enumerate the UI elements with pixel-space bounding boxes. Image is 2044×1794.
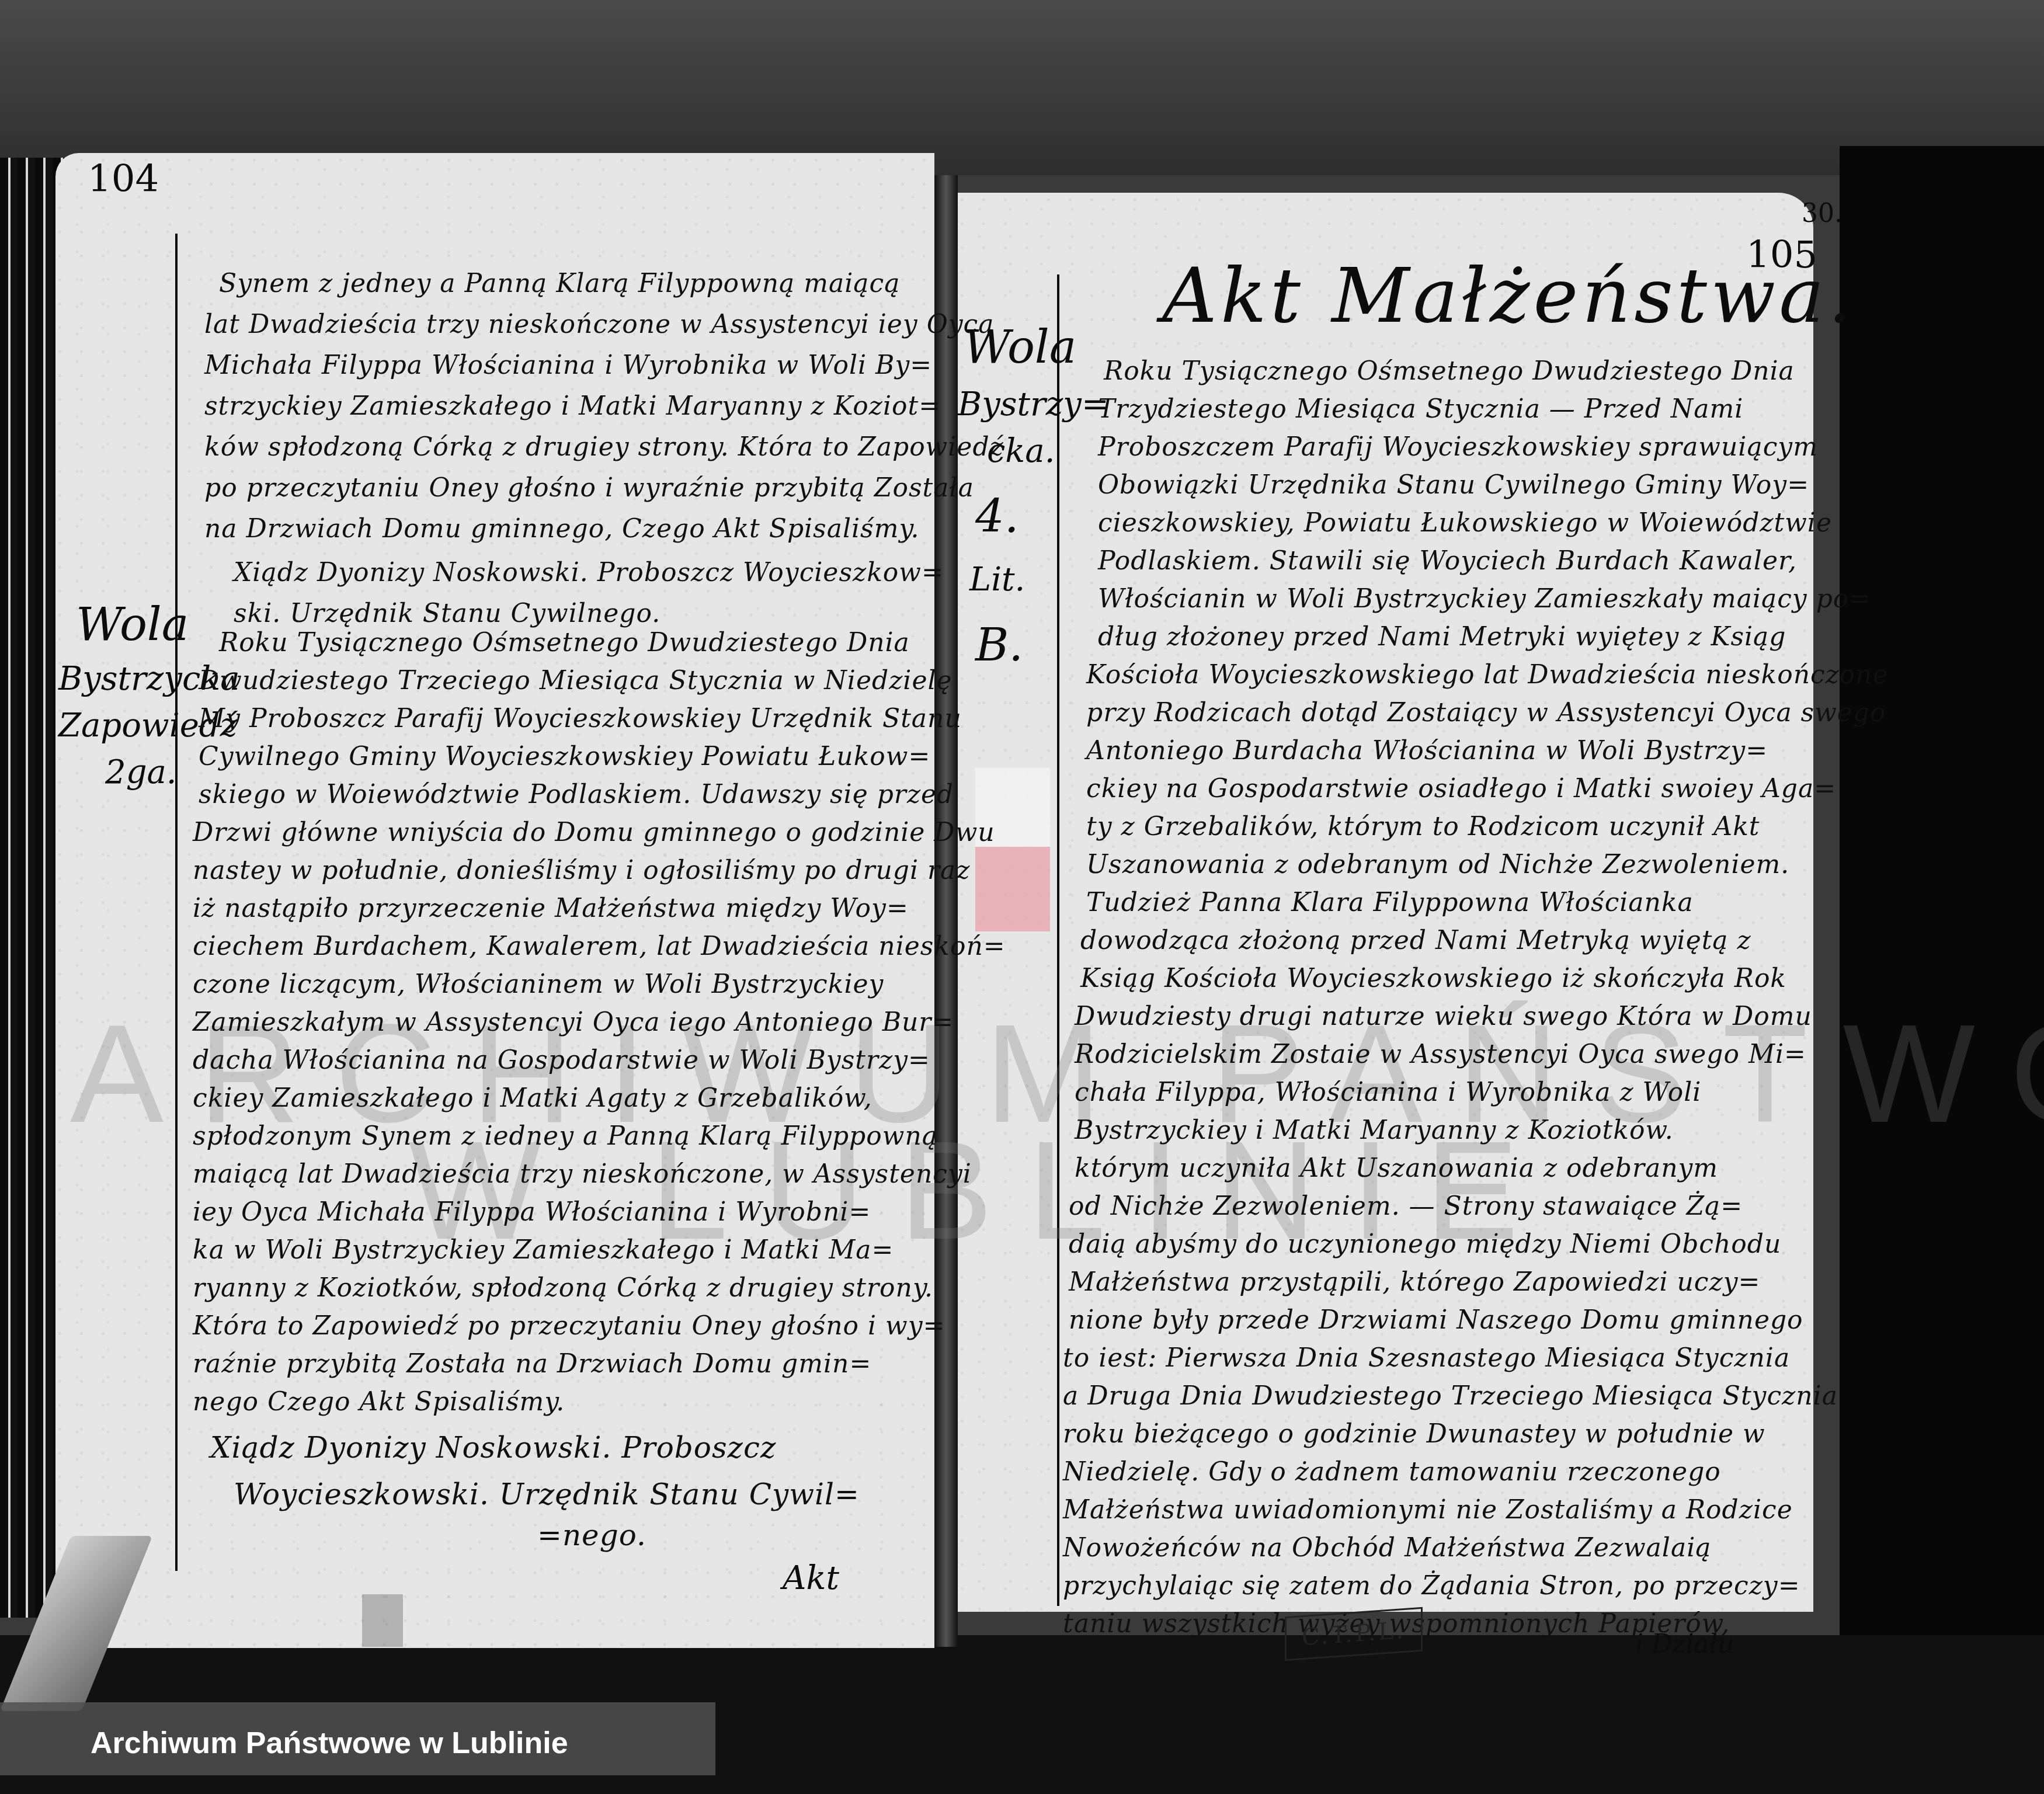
text-line: przy Rodzicach dotąd Zostaiący w Assyste… — [1086, 698, 1886, 728]
left-catchword: Akt — [783, 1559, 839, 1597]
margin-village: Wola — [964, 321, 1076, 374]
signature-line: ski. Urzędnik Stanu Cywilnego. — [234, 599, 661, 628]
text-line: Antoniego Burdacha Włościanina w Woli By… — [1086, 736, 1768, 766]
text-line: daią abyśmy do uczynionego między Niemi … — [1069, 1229, 1781, 1259]
text-line: dług złożoney przed Nami Metryki wyiętey… — [1098, 622, 1786, 652]
margin-banns-number: 2ga. — [105, 753, 177, 791]
margin-village-3: cka. — [987, 432, 1055, 470]
signature-line: Xiądz Dyonizy Noskowski. Proboszcz — [210, 1431, 776, 1465]
text-line: którym uczyniła Akt Uszanowania z odebra… — [1075, 1153, 1718, 1183]
text-line: Małżeństwa przystąpili, którego Zapowied… — [1069, 1267, 1760, 1297]
text-line: Uszanowania z odebranym od Nichże Zezwol… — [1086, 850, 1789, 879]
text-line: Włościanin w Woli Bystrzyckiey Zamieszka… — [1098, 584, 1871, 614]
text-line: Cywilnego Gminy Woycieszkowskiey Powiatu… — [199, 742, 930, 771]
text-line: Obowiązki Urzędnika Stanu Cywilnego Gmin… — [1098, 470, 1809, 500]
text-line: to iest: Pierwsza Dnia Szesnastego Miesi… — [1063, 1343, 1790, 1373]
text-line: skiego w Woiewództwie Podlaskiem. Udawsz… — [199, 780, 954, 809]
text-line: nego Czego Akt Spisaliśmy. — [193, 1387, 565, 1417]
text-line: od Nichże Zezwoleniem. — Strony stawaiąc… — [1069, 1191, 1743, 1221]
text-line: ków spłodzoną Córką z drugiey strony. Kt… — [204, 432, 1004, 462]
right-folio-top: 30. — [1802, 199, 1843, 228]
text-line: Podlaskiem. Stawili się Woyciech Burdach… — [1098, 546, 1797, 576]
text-line: iey Oyca Michała Filyppa Włościanina i W… — [193, 1197, 871, 1227]
scan-background-top — [0, 0, 2044, 175]
text-line: Małżeństwa uwiadomionymi nie Zostaliśmy … — [1063, 1495, 1793, 1525]
text-line: dacha Włościanina na Gospodarstwie w Wol… — [193, 1045, 930, 1075]
text-line: iż nastąpiło przyrzeczenie Małżeństwa mi… — [193, 893, 909, 923]
text-line: Drzwi główne wniyścia do Domu gminnego o… — [193, 818, 995, 847]
text-line: Rodzicielskim Zostaie w Assystencyi Oyca… — [1075, 1039, 1806, 1069]
text-line: ckiey na Gospodarstwie osiadłego i Matki… — [1086, 774, 1836, 804]
text-line: Ksiąg Kościoła Woycieszkowskiego iż skoń… — [1080, 964, 1786, 993]
text-line: przychylaiąc się zatem do Żądania Stron,… — [1063, 1571, 1800, 1601]
signature-line: Xiądz Dyonizy Noskowski. Proboszcz Woyci… — [234, 558, 944, 587]
text-line: maiącą lat Dwadzieścia trzy nieskończone… — [193, 1159, 972, 1189]
text-line: na Drzwiach Domu gminnego, Czego Akt Spi… — [204, 514, 919, 544]
left-folio-number: 104 — [88, 158, 159, 201]
text-line: Kościoła Woycieszkowskiego lat Dwadzieśc… — [1086, 660, 1889, 690]
margin-village-2: Bystrzy= — [958, 385, 1109, 423]
text-line: Która to Zapowiedź po przeczytaniu Oney … — [193, 1311, 945, 1341]
text-line: Niedzielę. Gdy o żadnem tamowaniu rzeczo… — [1063, 1457, 1721, 1487]
left-margin-rule — [175, 234, 178, 1571]
text-line: ty z Grzebalików, którym to Rodzicom ucz… — [1086, 812, 1760, 842]
margin-village: Wola — [76, 599, 189, 651]
archive-caption: Archiwum Państwowe w Lublinie — [91, 1726, 568, 1761]
text-line: chała Filyppa, Włościanina i Wyrobnika z… — [1075, 1077, 1701, 1107]
text-line: a Druga Dnia Dwudziestego Trzeciego Mies… — [1063, 1381, 1838, 1411]
text-line: dowodząca złożoną przed Nami Metryką wyi… — [1080, 926, 1751, 955]
calibration-flag-red — [975, 847, 1050, 931]
text-line: czone liczącym, Włościaninem w Woli Byst… — [193, 969, 884, 999]
text-line: roku bieżącego o godzinie Dwunastey w po… — [1063, 1419, 1765, 1449]
text-line: spłodzonym Synem z iedney a Panną Klarą … — [193, 1121, 938, 1151]
scan-background-right — [1840, 146, 2044, 1664]
signature-line: Woycieszkowski. Urzędnik Stanu Cywil= — [234, 1477, 860, 1511]
text-line: cieszkowskiey, Powiatu Łukowskiego w Woi… — [1098, 508, 1832, 538]
text-line: ckiey Zamieszkałego i Matki Agaty z Grze… — [193, 1083, 872, 1113]
record-title: Akt Małżeństwa. — [1162, 251, 1855, 340]
text-line: Dwudziestego Trzeciego Miesiąca Stycznia… — [199, 666, 953, 696]
text-line: My Proboszcz Parafij Woycieszkowskiey Ur… — [199, 704, 962, 733]
text-line: Bystrzyckiey i Matki Maryanny z Koziotkó… — [1075, 1115, 1674, 1145]
margin-letter-label: Lit. — [969, 561, 1025, 599]
text-line: lat Dwadzieścia trzy nieskończone w Assy… — [204, 310, 994, 339]
text-line: ryanny z Koziotków, spłodzoną Córką z dr… — [193, 1273, 933, 1303]
text-line: Tudzież Panna Klara Filyppowna Włościank… — [1086, 888, 1694, 917]
text-line: Roku Tysiącznego Ośmsetnego Dwudziestego… — [219, 628, 910, 658]
right-margin-rule — [1057, 274, 1059, 1606]
text-line: Proboszczem Parafij Woycieszkowskiey spr… — [1098, 432, 1818, 462]
text-line: ciechem Burdachem, Kawalerem, lat Dwadzi… — [193, 931, 1006, 961]
text-line: Roku Tysiącznego Ośmsetnego Dwudziestego… — [1104, 356, 1795, 386]
text-line: Dwudziesty drugi naturze wieku swego Któ… — [1075, 1002, 1812, 1031]
margin-letter: B. — [975, 619, 1023, 672]
right-catchword: i Działu — [1635, 1629, 1734, 1659]
margin-record-number: 4. — [975, 491, 1018, 543]
text-line: nione były przede Drzwiami Naszego Domu … — [1069, 1305, 1803, 1335]
signature-line: =nego. — [537, 1518, 646, 1552]
text-line: nastey w południe, donieśliśmy i ogłosil… — [193, 856, 970, 885]
book-edge-left — [0, 158, 64, 1618]
text-line: po przeczytaniu Oney głośno i wyraźnie p… — [204, 473, 974, 503]
text-line: Michała Filyppa Włościanina i Wyrobnika … — [204, 350, 932, 380]
text-line: Trzydziestego Miesiąca Stycznia — Przed … — [1098, 394, 1743, 424]
text-line: ka w Woli Bystrzyckiey Zamieszkałego i M… — [193, 1235, 894, 1265]
text-line: strzyckiey Zamieszkałego i Matki Maryann… — [204, 391, 941, 421]
text-line: Nowożeńców na Obchód Małżeństwa Zezwalai… — [1063, 1533, 1711, 1563]
text-line: Zamieszkałym w Assystencyi Oyca iego Ant… — [193, 1007, 954, 1037]
archive-stamp-faded — [362, 1594, 403, 1647]
text-line: Synem z jedney a Panną Klarą Filyppowną … — [219, 269, 900, 298]
text-line: raźnie przybitą Została na Drzwiach Domu… — [193, 1349, 871, 1379]
